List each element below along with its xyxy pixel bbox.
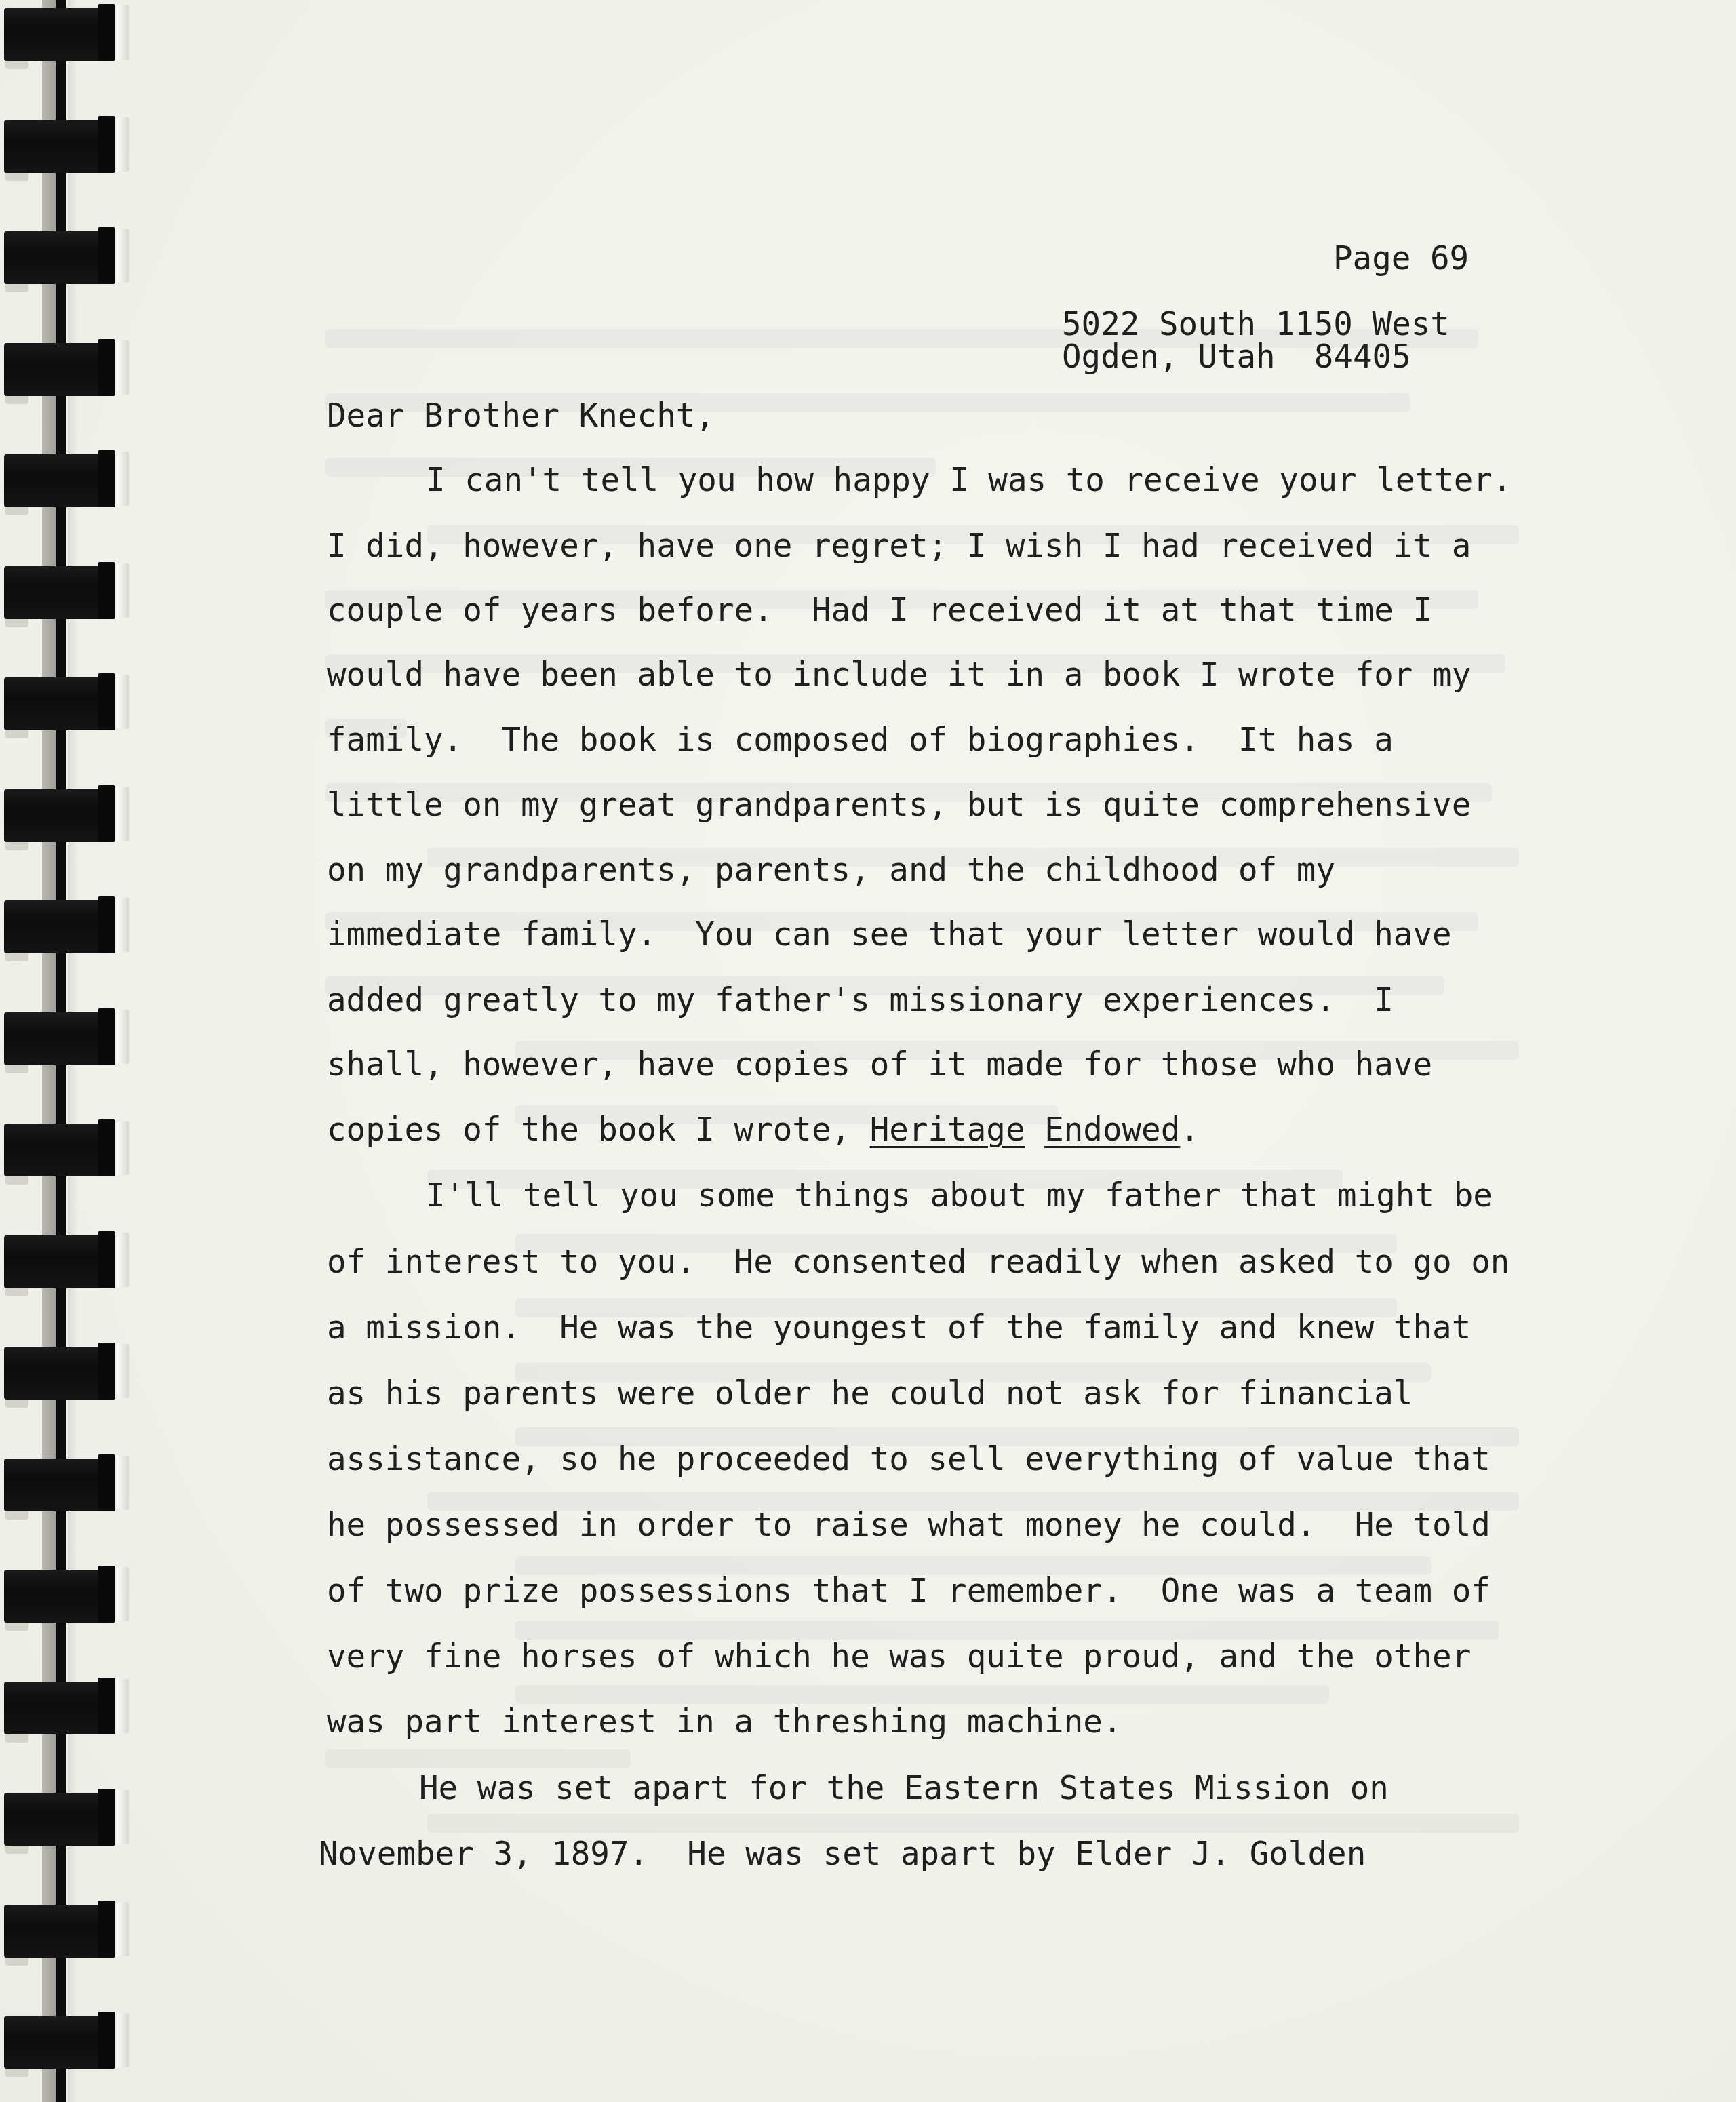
bleed-through-line	[427, 1814, 1519, 1833]
body-line: as his parents were older he could not a…	[327, 1378, 1413, 1410]
ring-shadow	[5, 1958, 28, 1966]
body-line: shall, however, have copies of it made f…	[327, 1049, 1432, 1082]
ring-shadow	[5, 61, 28, 69]
punch-hole	[117, 898, 129, 952]
punch-hole	[117, 1233, 129, 1287]
address-line-2: Ogden, Utah 84405	[1062, 341, 1411, 374]
ring-shadow	[5, 396, 28, 404]
punch-hole	[117, 563, 129, 618]
ring-tab	[98, 227, 115, 284]
body-line: assistance, so he proceeded to sell ever…	[327, 1444, 1491, 1476]
ring-tab	[98, 116, 115, 173]
ring-tab	[98, 4, 115, 61]
punch-hole	[117, 229, 129, 283]
binding-ring	[4, 789, 111, 842]
binding-ring	[4, 1905, 111, 1958]
ring-shadow	[5, 1288, 28, 1296]
binding-ring	[4, 566, 111, 619]
binding-ring	[4, 900, 111, 953]
ring-tab	[98, 1901, 115, 1958]
ring-shadow	[5, 1734, 28, 1743]
ring-tab	[98, 339, 115, 396]
punch-hole	[117, 675, 129, 729]
binding-ring	[4, 1012, 111, 1065]
binding-ring	[4, 1570, 111, 1623]
binding-ring	[4, 8, 111, 61]
ring-shadow	[5, 173, 28, 181]
binding-ring	[4, 1682, 111, 1734]
binding-ring	[4, 1347, 111, 1400]
body-line: I'll tell you some things about my fathe…	[426, 1180, 1493, 1212]
bleed-through-line	[515, 1685, 1329, 1704]
punch-hole	[117, 1567, 129, 1621]
ring-shadow	[5, 730, 28, 738]
body-line: He was set apart for the Eastern States …	[419, 1772, 1389, 1805]
body-line: copies of the book I wrote, Heritage End…	[327, 1114, 1200, 1147]
body-line: of interest to you. He consented readily…	[327, 1246, 1510, 1279]
ring-shadow	[5, 2069, 28, 2077]
binding-ring	[4, 120, 111, 173]
ring-shadow	[5, 1511, 28, 1520]
ring-tab	[98, 1119, 115, 1176]
ring-shadow	[5, 842, 28, 850]
body-line: November 3, 1897. He was set apart by El…	[319, 1838, 1366, 1871]
punch-hole	[117, 1344, 129, 1398]
ring-shadow	[5, 507, 28, 515]
ring-shadow	[5, 1846, 28, 1854]
body-line: couple of years before. Had I received i…	[327, 595, 1432, 627]
ring-tab	[98, 562, 115, 619]
ring-tab	[98, 1008, 115, 1065]
punch-hole	[117, 1121, 129, 1175]
body-line: I can't tell you how happy I was to rece…	[426, 464, 1512, 497]
body-line: added greatly to my father's missionary …	[327, 985, 1394, 1017]
ring-tab	[98, 1678, 115, 1734]
punch-hole	[117, 1679, 129, 1733]
punch-hole	[117, 1902, 129, 1956]
body-line: would have been able to include it in a …	[327, 659, 1471, 692]
ring-shadow	[5, 1400, 28, 1408]
body-line: of two prize possessions that I remember…	[327, 1575, 1491, 1608]
binding-ring	[4, 2016, 111, 2069]
binding-ring	[4, 343, 111, 396]
ring-tab	[98, 896, 115, 953]
ring-shadow	[5, 1065, 28, 1073]
binding-ring	[4, 1459, 111, 1511]
punch-hole	[117, 5, 129, 60]
punch-hole	[117, 340, 129, 395]
punch-hole	[117, 1010, 129, 1064]
address-line-1: 5022 South 1150 West	[1062, 309, 1450, 341]
bleed-through-line	[515, 1621, 1499, 1640]
binding-ring	[4, 1793, 111, 1846]
binding-ring	[4, 1235, 111, 1288]
punch-hole	[117, 117, 129, 172]
page-number: Page 69	[1333, 243, 1469, 275]
punch-hole	[117, 1456, 129, 1510]
body-line: very fine horses of which he was quite p…	[327, 1641, 1471, 1673]
comb-binding	[0, 0, 142, 2102]
salutation: Dear Brother Knecht,	[327, 400, 715, 433]
ring-shadow	[5, 1623, 28, 1631]
punch-hole	[117, 787, 129, 841]
body-line: little on my great grandparents, but is …	[327, 789, 1471, 822]
underlined-book-title-word: Endowed	[1044, 1111, 1180, 1149]
body-line: I did, however, have one regret; I wish …	[327, 530, 1471, 563]
ring-tab	[98, 1566, 115, 1623]
binding-ring	[4, 454, 111, 507]
ring-shadow	[5, 284, 28, 292]
body-line: was part interest in a threshing machine…	[327, 1706, 1122, 1739]
body-line: on my grandparents, parents, and the chi…	[327, 854, 1335, 887]
body-line: he possessed in order to raise what mone…	[327, 1509, 1491, 1542]
bleed-through-line	[325, 1749, 631, 1768]
ring-tab	[98, 1454, 115, 1511]
ring-tab	[98, 1343, 115, 1400]
paper-page: Page 69 5022 South 1150 West Ogden, Utah…	[0, 0, 1736, 2102]
ring-tab	[98, 1231, 115, 1288]
binding-ring	[4, 677, 111, 730]
ring-shadow	[5, 1176, 28, 1185]
punch-hole	[117, 1790, 129, 1844]
binding-ring	[4, 231, 111, 284]
punch-hole	[117, 452, 129, 506]
underlined-book-title-word: Heritage	[870, 1111, 1025, 1149]
ring-shadow	[5, 619, 28, 627]
ring-tab	[98, 785, 115, 842]
body-line: immediate family. You can see that your …	[327, 919, 1452, 951]
binding-ring	[4, 1124, 111, 1176]
punch-hole	[117, 2013, 129, 2067]
ring-tab	[98, 2012, 115, 2069]
ring-shadow	[5, 953, 28, 961]
body-line: family. The book is composed of biograph…	[327, 724, 1394, 757]
ring-tab	[98, 450, 115, 507]
ring-tab	[98, 673, 115, 730]
ring-tab	[98, 1789, 115, 1846]
body-line: a mission. He was the youngest of the fa…	[327, 1312, 1471, 1345]
